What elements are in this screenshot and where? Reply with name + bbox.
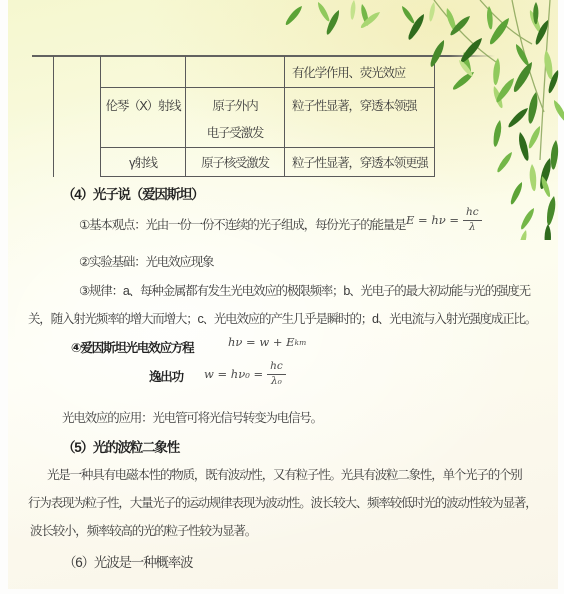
page-margin-bottom [0,589,564,594]
section5-line3: 波长较小，频率较高的光的粒子性较为显著。 [30,521,256,539]
section4-point3-line1: ③规律：a、每种金属都有发生光电效应的极限频率；b、光电子的最大初动能与光的强度… [79,281,530,299]
section4-heading: （4）光子说（爱因斯坦） [62,183,204,203]
page-margin-right [558,0,564,594]
notes-page: 有化学作用、荧光效应 伦琴（X）射线 原子外内 电子受激发 粒子性显著，穿透本领… [0,0,564,594]
table-cell-traits-1: 有化学作用、荧光效应 [285,56,435,88]
table-text: 原子外内 [186,93,284,120]
page-margin-left [0,0,8,594]
table-cell-traits-3: 粒子性显著，穿透本领更强 [285,148,435,177]
section4-application: 光电效应的应用：光电管可将光信号转变为电信号。 [62,408,322,426]
table-cell-category [54,56,101,177]
section5-heading: （5）光的波粒二象性 [62,436,179,456]
table-text: 伦琴（X）射线 [106,96,181,114]
table-cell-mechanism-2: 原子外内 电子受激发 [186,88,285,148]
formula-lead: E = hν = [406,213,459,227]
section4-point2: ②实验基础：光电效应现象 [79,252,213,270]
table-text: γ射线 [129,153,157,171]
table-text: 有化学作用、荧光效应 [292,63,405,81]
table-cell-ray-2: 伦琴（X）射线 [101,88,186,148]
table-cell-ray-1 [101,56,186,88]
photoelectric-equation: hν = w + Ekm [228,334,306,350]
table-text: 粒子性显著，穿透本领更强 [292,153,428,171]
formula-lead: w = hν₀ = [204,367,263,381]
formula-lead: hν = w + E [228,335,295,349]
formula-fraction: hc λ₀ [267,361,286,387]
section4-point1: ①基本观点：光由一份一份不连续的光子组成，每份光子的能量是 [79,215,405,233]
table-text: 原子核受激发 [201,153,269,171]
section4-point4-label: ④爱因斯坦光电效应方程 [71,338,193,356]
section5-line2: 行为表现为粒子性，大量光子的运动规律表现为波动性。波长较大、频率较低时光的波动性… [28,493,537,511]
table-cell-ray-3: γ射线 [101,148,186,177]
fraction-numerator: hc [463,207,482,221]
work-function-label: 逸出功 [149,367,183,385]
formula-subscript: km [295,338,307,347]
energy-formula: E = hν = hc λ [406,205,482,235]
section5-line1: 光是一种具有电磁本性的物质，既有波动性，又有粒子性。光具有波粒二象性，单个光子的… [47,465,522,483]
ray-properties-table: 有化学作用、荧光效应 伦琴（X）射线 原子外内 电子受激发 粒子性显著，穿透本领… [53,56,434,177]
work-function-formula: w = hν₀ = hc λ₀ [204,356,286,392]
table-cell-traits-2: 粒子性显著，穿透本领强 [285,88,435,148]
bamboo-stems [434,0,550,160]
section4-point3-line2: 关，随入射光频率的增大而增大；c、光电效应的产生几乎是瞬时的；d、光电流与入射光… [28,309,536,327]
table-cell-mechanism-1 [186,56,285,88]
table-text: 电子受激发 [186,120,284,147]
table-cell-mechanism-3: 原子核受激发 [186,148,285,177]
fraction-numerator: hc [267,361,286,375]
fraction-denominator: λ [469,221,476,234]
table-text: 粒子性显著，穿透本领强 [292,96,416,114]
fraction-denominator: λ₀ [271,375,282,388]
formula-fraction: hc λ [463,207,482,233]
section6-heading: （6）光波是一种概率波 [63,551,192,571]
